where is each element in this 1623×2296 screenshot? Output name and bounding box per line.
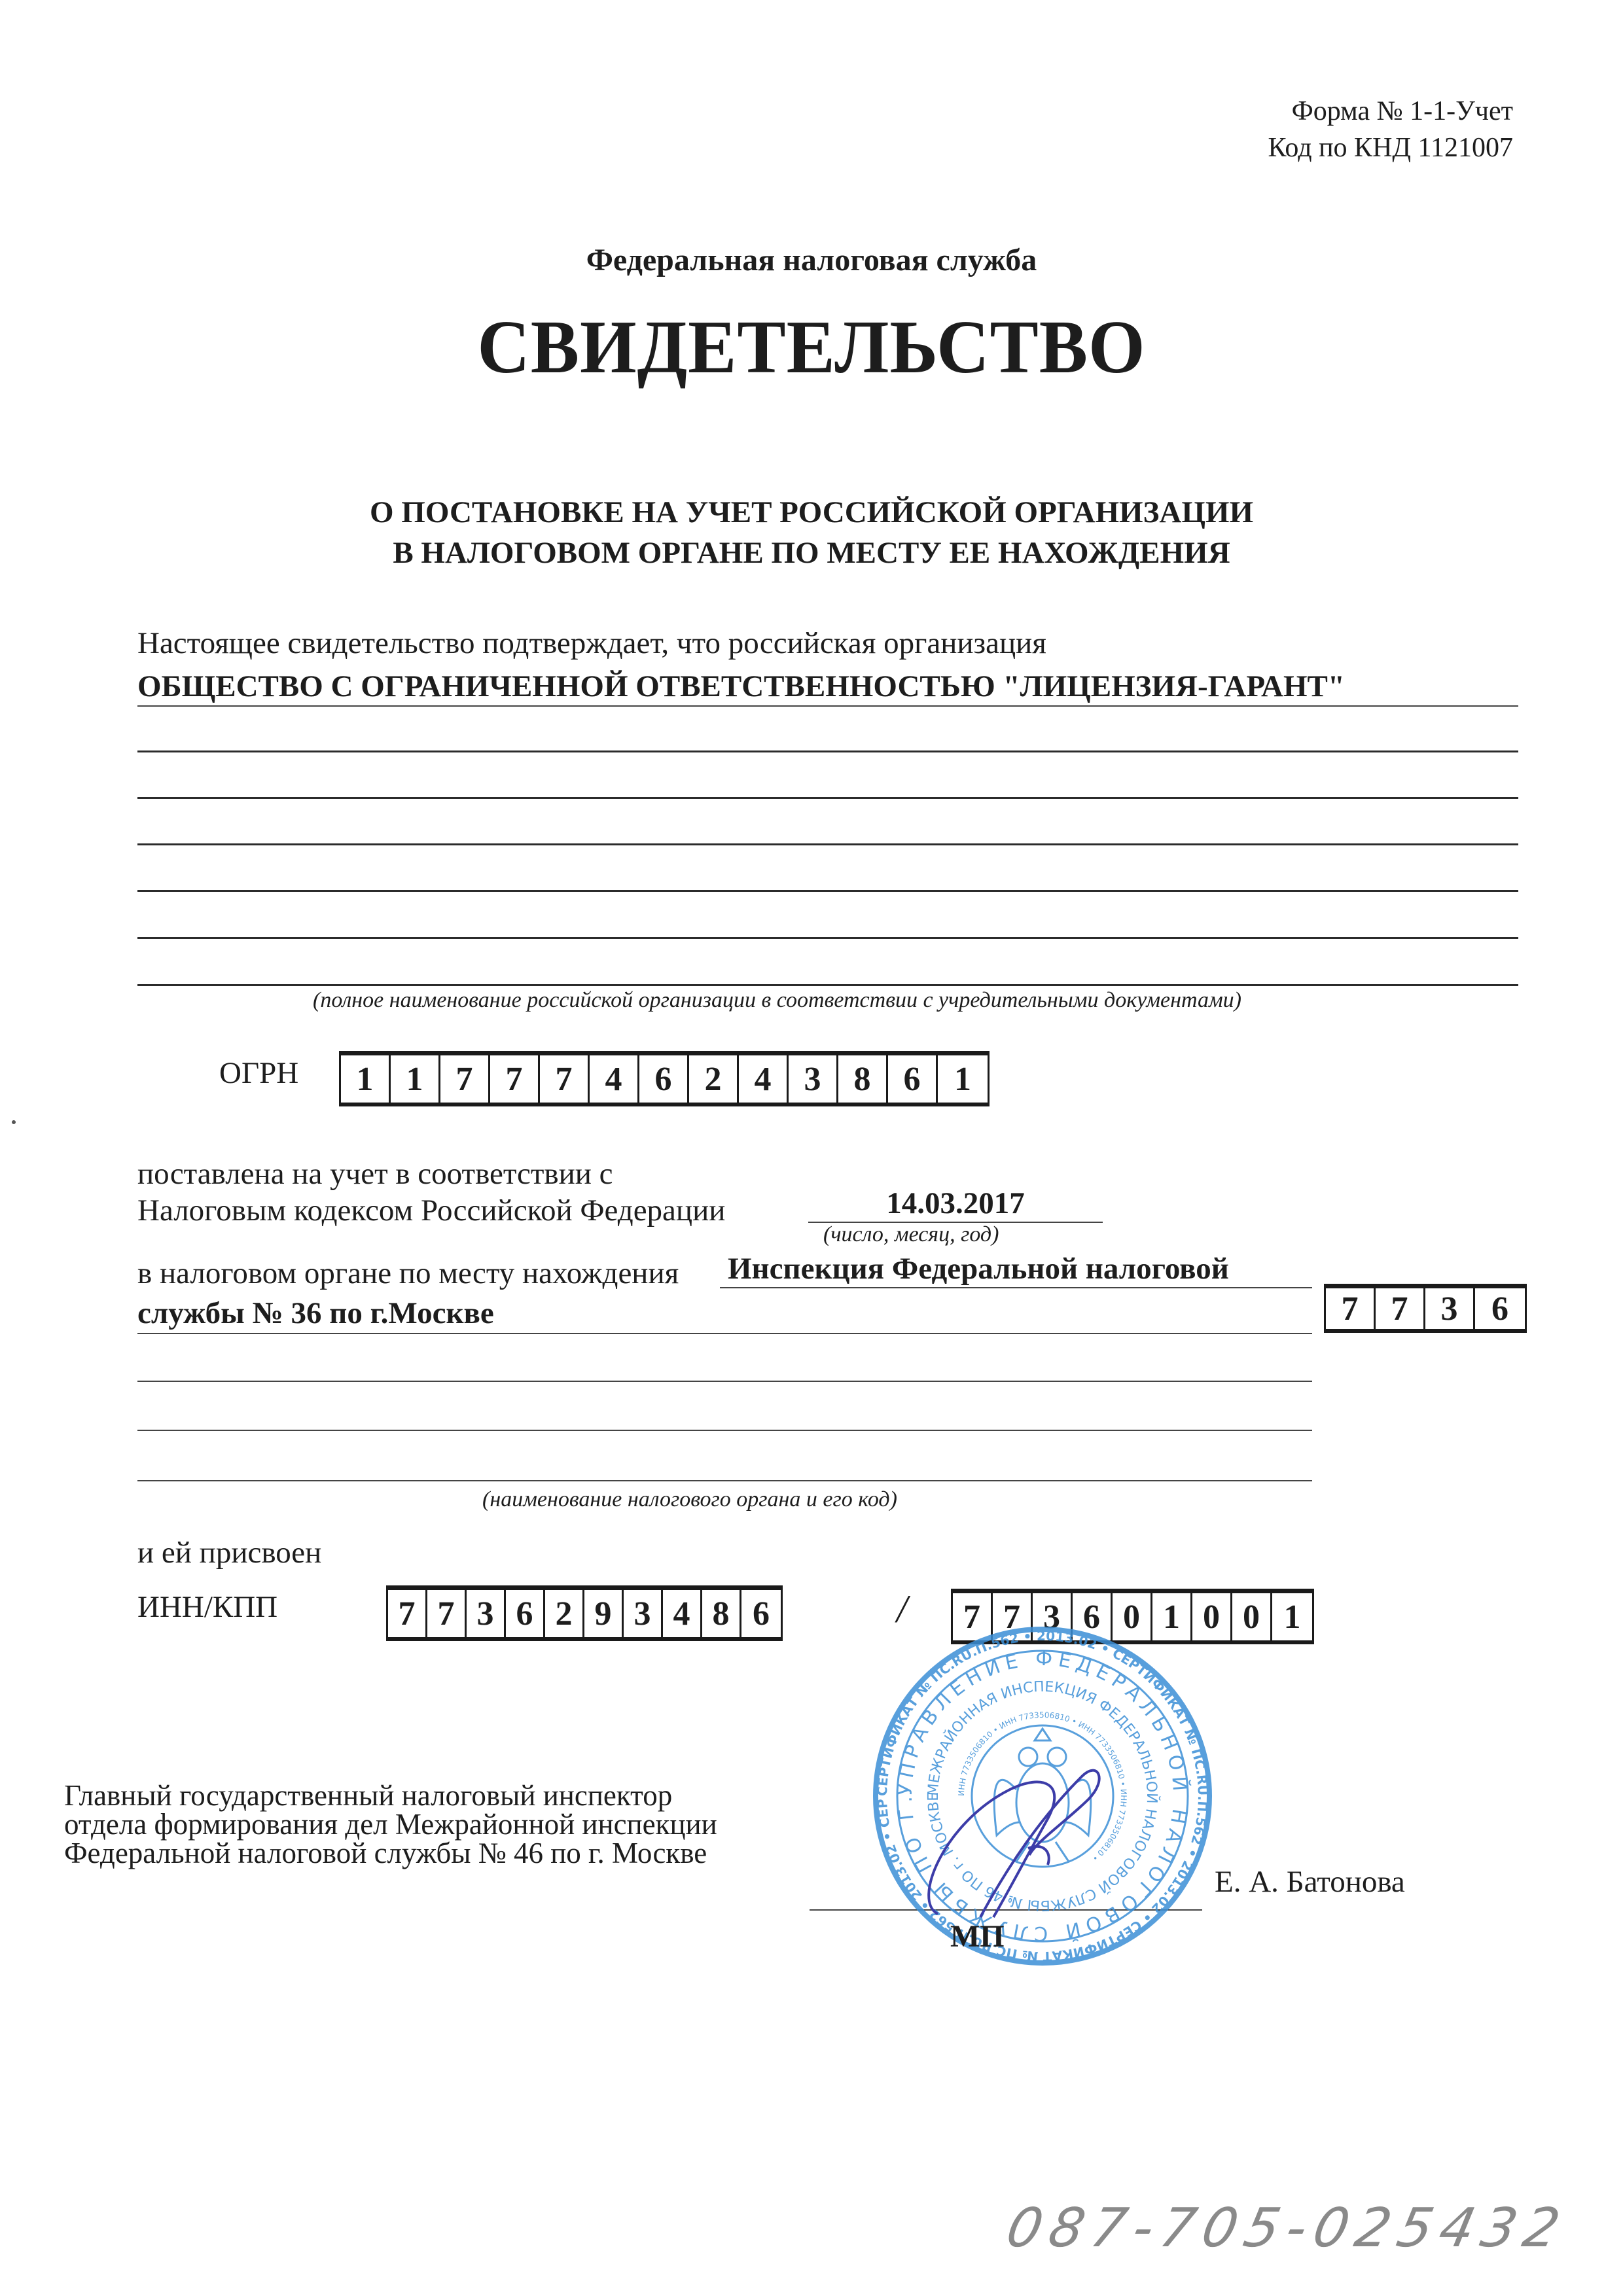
registration-line-1: поставлена на учет в соответствии с (137, 1156, 613, 1192)
inn-kpp-label: ИНН/КПП (137, 1589, 277, 1625)
tax-office-caption: (наименование налогового органа и его ко… (482, 1487, 897, 1512)
org-name-line (137, 937, 1518, 939)
knd-code: Код по КНД 1121007 (1268, 130, 1514, 166)
registration-line-2: Налоговым кодексом Российской Федерации (137, 1192, 725, 1229)
digit-cell: 7 (427, 1590, 467, 1637)
digit-cell: 1 (938, 1055, 988, 1103)
digit-cell: 3 (789, 1055, 838, 1103)
org-name-line (137, 843, 1518, 845)
signatory-position: Главный государственный налоговый инспек… (64, 1781, 717, 1867)
digit-cell: 7 (540, 1055, 590, 1103)
seal-mark: МП (950, 1918, 1005, 1954)
digit-cell: 3 (467, 1590, 506, 1637)
scan-speck (12, 1120, 16, 1124)
digit-cell: 7 (440, 1055, 490, 1103)
inn-field: 7736293486 (386, 1585, 783, 1641)
digit-cell: 7 (1326, 1288, 1376, 1329)
handwritten-number: 087-705-025432 (1001, 2197, 1573, 2259)
digit-cell: 2 (545, 1590, 584, 1637)
tax-office-line (137, 1333, 1312, 1334)
agency-name: Федеральная налоговая служба (0, 242, 1623, 278)
subtitle-line-2: В НАЛОГОВОМ ОРГАНЕ ПО МЕСТУ ЕЕ НАХОЖДЕНИ… (0, 533, 1623, 573)
digit-cell: 4 (663, 1590, 702, 1637)
digit-cell: 3 (624, 1590, 663, 1637)
form-meta: Форма № 1-1-Учет Код по КНД 1121007 (1268, 93, 1514, 166)
tax-office-code-field: 7736 (1324, 1284, 1527, 1333)
org-name-line (137, 890, 1518, 892)
document-subtitle: О ПОСТАНОВКЕ НА УЧЕТ РОССИЙСКОЙ ОРГАНИЗА… (0, 492, 1623, 573)
tax-office-line (137, 1480, 1312, 1481)
digit-cell: 7 (1376, 1288, 1425, 1329)
eagle-emblem-icon (994, 1729, 1091, 1862)
digit-cell: 8 (838, 1055, 888, 1103)
digit-cell: 8 (702, 1590, 741, 1637)
signatory-position-line-1: Главный государственный налоговый инспек… (64, 1781, 717, 1810)
tax-office-line (720, 1287, 1312, 1288)
digit-cell: 6 (639, 1055, 689, 1103)
digit-cell: 6 (888, 1055, 938, 1103)
tax-office-intro: в налоговом органе по месту нахождения (137, 1255, 679, 1292)
digit-cell: 2 (689, 1055, 739, 1103)
digit-cell: 6 (1475, 1288, 1525, 1329)
digit-cell: 6 (506, 1590, 545, 1637)
tax-office-line (137, 1381, 1312, 1382)
digit-cell: 7 (388, 1590, 427, 1637)
digit-cell: 3 (1425, 1288, 1475, 1329)
organization-intro: Настоящее свидетельство подтверждает, чт… (137, 625, 1046, 662)
org-name-line (137, 705, 1518, 707)
ogrn-label: ОГРН (219, 1055, 298, 1091)
digit-cell: 1 (341, 1055, 391, 1103)
ogrn-field: 1177746243861 (339, 1051, 990, 1106)
signatory-position-line-3: Федеральной налоговой службы № 46 по г. … (64, 1839, 717, 1867)
tax-office-line (137, 1430, 1312, 1431)
digit-cell: 7 (490, 1055, 540, 1103)
subtitle-line-1: О ПОСТАНОВКЕ НА УЧЕТ РОССИЙСКОЙ ОРГАНИЗА… (0, 492, 1623, 533)
date-caption: (число, месяц, год) (823, 1222, 999, 1247)
digit-cell: 6 (741, 1590, 781, 1637)
tax-office-name-line-2: службы № 36 по г.Москве (137, 1296, 494, 1331)
org-name-line (137, 751, 1518, 752)
tax-office-name-line-1: Инспекция Федеральной налоговой (728, 1251, 1229, 1286)
organization-full-name: ОБЩЕСТВО С ОГРАНИЧЕННОЙ ОТВЕТСТВЕННОСТЬЮ… (137, 669, 1345, 704)
digit-cell: 1 (1272, 1593, 1312, 1640)
digit-cell: 1 (391, 1055, 440, 1103)
inn-kpp-separator: / (897, 1587, 908, 1632)
digit-cell: 9 (584, 1590, 624, 1637)
digit-cell: 4 (739, 1055, 789, 1103)
form-number: Форма № 1-1-Учет (1268, 93, 1514, 130)
organization-caption: (полное наименование российской организа… (313, 988, 1241, 1013)
signatory-position-line-2: отдела формирования дел Межрайонной инсп… (64, 1810, 717, 1839)
digit-cell: 4 (590, 1055, 639, 1103)
document-title: СВИДЕТЕЛЬСТВО (33, 304, 1591, 391)
digit-cell: 0 (1232, 1593, 1272, 1640)
official-seal-stamp: СЕРТИФИКАТ № ПС.RU.П.562 • 2013.02 • СЕР… (872, 1626, 1213, 1966)
signatory-name: Е. А. Батонова (1215, 1863, 1405, 1900)
org-name-line (137, 984, 1518, 986)
registration-date: 14.03.2017 (808, 1186, 1103, 1221)
assignment-intro: и ей присвоен (137, 1534, 321, 1571)
org-name-line (137, 797, 1518, 799)
